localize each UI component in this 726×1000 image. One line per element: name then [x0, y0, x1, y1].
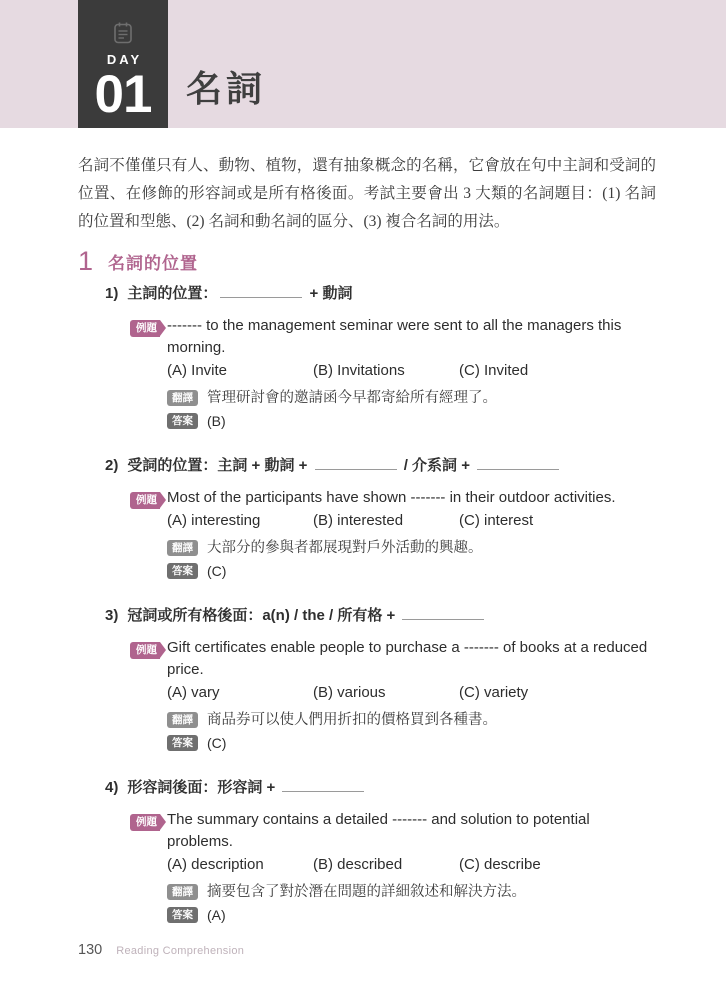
section-title: 名詞的位置: [108, 249, 198, 274]
question-column: The summary contains a detailed ------- …: [167, 809, 656, 923]
option: (C) variety: [459, 682, 528, 704]
example-badge-column: 例題: [130, 637, 167, 751]
example-block: 例題Most of the participants have shown --…: [78, 487, 656, 579]
question-line: Gift certificates enable people to purch…: [167, 637, 656, 659]
translation-badge: 翻譯: [167, 712, 198, 728]
rule-number: 2): [105, 455, 118, 476]
rule-heading: 4)形容詞後面：形容詞 +: [78, 777, 656, 798]
question-line: ------- to the management seminar were s…: [167, 315, 656, 337]
options-row: (A) description(B) described(C) describe: [167, 854, 656, 876]
rule-item: 4)形容詞後面：形容詞 + 例題The summary contains a d…: [78, 777, 656, 923]
translation-badge: 翻譯: [167, 540, 198, 556]
rule-heading: 3)冠詞或所有格後面：a(n) / the / 所有格 +: [78, 605, 656, 626]
blank-underline: [402, 607, 484, 620]
book-page: DAY 01 名詞 名詞不僅僅只有人、動物、植物，還有抽象概念的名稱，它會放在句…: [0, 0, 726, 1000]
rule-text: 主詞的位置： + 動詞: [127, 283, 656, 304]
rule-text: 形容詞後面：形容詞 +: [127, 777, 656, 798]
option: (A) interesting: [167, 510, 313, 532]
translation-row: 翻譯摘要包含了對於潛在問題的詳細敘述和解決方法。: [167, 882, 656, 902]
option: (C) Invited: [459, 360, 528, 382]
day-box: DAY 01: [78, 0, 168, 128]
question-column: Gift certificates enable people to purch…: [167, 637, 656, 751]
blank-underline: [477, 457, 559, 470]
answer-text: (A): [207, 907, 226, 923]
rule-text-segment: 冠詞或所有格後面：a(n) / the / 所有格 +: [127, 607, 399, 624]
blank-underline: [315, 457, 397, 470]
section-heading: 1 名詞的位置: [78, 248, 656, 275]
rule-text-segment: 主詞的位置：: [127, 285, 217, 302]
rule-text: 受詞的位置：主詞 + 動詞 + / 介系詞 +: [127, 455, 656, 476]
translation-row: 翻譯商品券可以使人們用折扣的價格買到各種書。: [167, 710, 656, 730]
intro-paragraph: 名詞不僅僅只有人、動物、植物，還有抽象概念的名稱，它會放在句中主詞和受詞的位置、…: [78, 152, 656, 236]
rule-heading: 1)主詞的位置： + 動詞: [78, 283, 656, 304]
chapter-title: 名詞: [186, 61, 266, 112]
translation-text: 管理研討會的邀請函今早都寄給所有經理了。: [207, 388, 497, 408]
question-line: The summary contains a detailed ------- …: [167, 809, 656, 831]
example-badge: 例題: [130, 814, 160, 831]
translation-text: 商品券可以使人們用折扣的價格買到各種書。: [207, 710, 497, 730]
blank-underline: [220, 285, 302, 298]
example-badge-column: 例題: [130, 809, 167, 923]
example-badge-column: 例題: [130, 487, 167, 579]
translation-badge: 翻譯: [167, 390, 198, 406]
option: (B) described: [313, 854, 459, 876]
answer-row: 答案(C): [167, 563, 656, 579]
answer-row: 答案(C): [167, 735, 656, 751]
page-content: 名詞不僅僅只有人、動物、植物，還有抽象概念的名稱，它會放在句中主詞和受詞的位置、…: [0, 152, 726, 923]
rule-number: 4): [105, 777, 118, 798]
example-badge: 例題: [130, 642, 160, 659]
calendar-icon: [111, 20, 135, 46]
answer-text: (B): [207, 413, 226, 429]
rule-items-list: 1)主詞的位置： + 動詞例題------- to the management…: [78, 283, 656, 923]
translation-row: 翻譯管理研討會的邀請函今早都寄給所有經理了。: [167, 388, 656, 408]
question-line: price.: [167, 659, 656, 681]
rule-item: 3)冠詞或所有格後面：a(n) / the / 所有格 + 例題Gift cer…: [78, 605, 656, 751]
option: (B) interested: [313, 510, 459, 532]
example-block: 例題------- to the management seminar were…: [78, 315, 656, 429]
answer-badge: 答案: [167, 563, 198, 579]
rule-heading: 2)受詞的位置：主詞 + 動詞 + / 介系詞 +: [78, 455, 656, 476]
option: (B) various: [313, 682, 459, 704]
translation-text: 大部分的參與者都展現對戶外活動的興趣。: [207, 538, 483, 558]
chapter-header: DAY 01 名詞: [0, 0, 726, 128]
example-block: 例題Gift certificates enable people to pur…: [78, 637, 656, 751]
translation-text: 摘要包含了對於潛在問題的詳細敘述和解決方法。: [207, 882, 526, 902]
option: (C) interest: [459, 510, 533, 532]
answer-text: (C): [207, 563, 226, 579]
example-block: 例題The summary contains a detailed ------…: [78, 809, 656, 923]
translation-row: 翻譯大部分的參與者都展現對戶外活動的興趣。: [167, 538, 656, 558]
rule-text-segment: 受詞的位置：主詞 + 動詞 +: [127, 457, 311, 474]
question-line: Most of the participants have shown ----…: [167, 487, 656, 509]
options-row: (A) interesting(B) interested(C) interes…: [167, 510, 656, 532]
answer-badge: 答案: [167, 735, 198, 751]
translation-badge: 翻譯: [167, 884, 198, 900]
option: (B) Invitations: [313, 360, 459, 382]
option: (A) Invite: [167, 360, 313, 382]
options-row: (A) vary(B) various(C) variety: [167, 682, 656, 704]
rule-text-segment: / 介系詞 +: [400, 457, 475, 474]
option: (A) vary: [167, 682, 313, 704]
answer-badge: 答案: [167, 413, 198, 429]
option: (A) description: [167, 854, 313, 876]
answer-text: (C): [207, 735, 226, 751]
rule-text-segment: 形容詞後面：形容詞 +: [127, 779, 279, 796]
example-badge: 例題: [130, 492, 160, 509]
example-badge: 例題: [130, 320, 160, 337]
option: (C) describe: [459, 854, 541, 876]
answer-row: 答案(A): [167, 907, 656, 923]
rule-text: 冠詞或所有格後面：a(n) / the / 所有格 +: [127, 605, 656, 626]
day-number: 01: [95, 68, 152, 121]
options-row: (A) Invite(B) Invitations(C) Invited: [167, 360, 656, 382]
rule-number: 1): [105, 283, 118, 304]
section-number: 1: [78, 248, 93, 275]
question-column: ------- to the management seminar were s…: [167, 315, 656, 429]
page-number: 130: [78, 942, 102, 958]
blank-underline: [282, 779, 364, 792]
rule-text-segment: + 動詞: [305, 285, 352, 302]
rule-number: 3): [105, 605, 118, 626]
rule-item: 2)受詞的位置：主詞 + 動詞 + / 介系詞 + 例題Most of the …: [78, 455, 656, 579]
example-badge-column: 例題: [130, 315, 167, 429]
question-line: morning.: [167, 337, 656, 359]
question-column: Most of the participants have shown ----…: [167, 487, 656, 579]
answer-badge: 答案: [167, 907, 198, 923]
question-line: problems.: [167, 831, 656, 853]
page-footer: 130 Reading Comprehension: [78, 942, 244, 958]
rule-item: 1)主詞的位置： + 動詞例題------- to the management…: [78, 283, 656, 429]
book-section-title: Reading Comprehension: [116, 945, 244, 957]
answer-row: 答案(B): [167, 413, 656, 429]
